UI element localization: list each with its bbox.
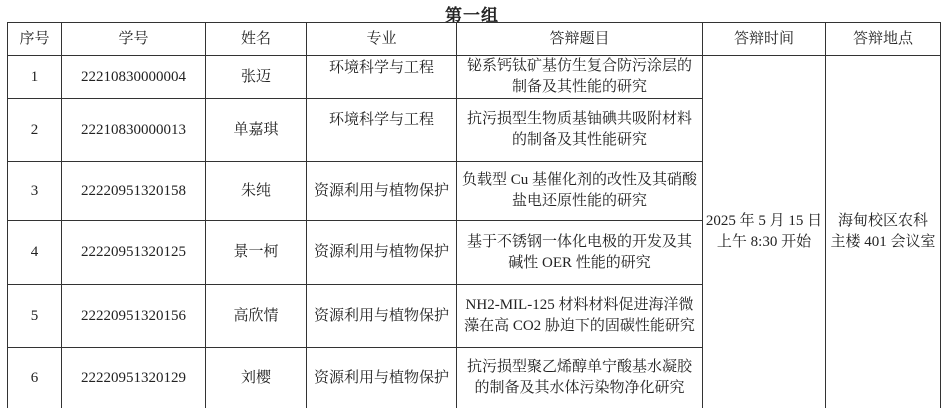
topic-line: 盐电还原性能的研究 (459, 191, 700, 212)
topic-line: 碱性 OER 性能的研究 (459, 253, 700, 274)
cell-major: 资源利用与植物保护 (307, 348, 457, 408)
cell-seq: 6 (8, 348, 62, 408)
defense-schedule-table: 序号 学号 姓名 专业 答辩题目 答辩时间 答辩地点 1 22210830000… (7, 22, 941, 408)
cell-major: 资源利用与植物保护 (307, 285, 457, 348)
cell-major: 环境科学与工程 (307, 99, 457, 162)
cell-major: 资源利用与植物保护 (307, 221, 457, 285)
topic-line: 藻在高 CO2 胁迫下的固碳性能研究 (459, 316, 700, 337)
topic-line: 铋系钙钛矿基仿生复合防污涂层的 (459, 56, 700, 77)
topic-line: NH2-MIL-125 材料材料促进海洋微 (459, 295, 700, 316)
header-defense-time: 答辩时间 (703, 23, 826, 56)
cell-defense-location: 海甸校区农科 主楼 401 会议室 (826, 56, 941, 408)
cell-name: 朱纯 (206, 162, 307, 221)
topic-line: 抗污损型聚乙烯醇单宁酸基水凝胶 (459, 357, 700, 378)
cell-seq: 5 (8, 285, 62, 348)
header-name: 姓名 (206, 23, 307, 56)
location-line: 主楼 401 会议室 (828, 232, 938, 253)
header-major: 专业 (307, 23, 457, 56)
time-line: 上午 8:30 开始 (705, 232, 823, 253)
cell-seq: 2 (8, 99, 62, 162)
topic-line: 负载型 Cu 基催化剂的改性及其硝酸 (459, 170, 700, 191)
cell-major: 资源利用与植物保护 (307, 162, 457, 221)
header-defense-location: 答辩地点 (826, 23, 941, 56)
cell-topic: 抗污损型聚乙烯醇单宁酸基水凝胶 的制备及其水体污染物净化研究 (457, 348, 703, 408)
cell-topic: 抗污损型生物质基铀碘共吸附材料 的制备及其性能研究 (457, 99, 703, 162)
cell-topic: 负载型 Cu 基催化剂的改性及其硝酸 盐电还原性能的研究 (457, 162, 703, 221)
cell-major: 环境科学与工程 (307, 56, 457, 99)
cell-topic: NH2-MIL-125 材料材料促进海洋微 藻在高 CO2 胁迫下的固碳性能研究 (457, 285, 703, 348)
cell-topic: 铋系钙钛矿基仿生复合防污涂层的 制备及其性能的研究 (457, 56, 703, 99)
time-line: 2025 年 5 月 15 日 (705, 211, 823, 232)
cell-name: 单嘉琪 (206, 99, 307, 162)
header-row: 序号 学号 姓名 专业 答辩题目 答辩时间 答辩地点 (8, 23, 941, 56)
cell-student-id: 22220951320125 (62, 221, 206, 285)
location-line: 海甸校区农科 (828, 211, 938, 232)
topic-line: 制备及其性能的研究 (459, 77, 700, 98)
cell-name: 景一柯 (206, 221, 307, 285)
table-row: 1 22210830000004 张迈 环境科学与工程 铋系钙钛矿基仿生复合防污… (8, 56, 941, 99)
cell-student-id: 22220951320156 (62, 285, 206, 348)
cell-seq: 4 (8, 221, 62, 285)
cell-student-id: 22220951320158 (62, 162, 206, 221)
topic-line: 抗污损型生物质基铀碘共吸附材料 (459, 109, 700, 130)
cell-student-id: 22210830000013 (62, 99, 206, 162)
cell-topic: 基于不锈钢一体化电极的开发及其 碱性 OER 性能的研究 (457, 221, 703, 285)
cell-seq: 1 (8, 56, 62, 99)
topic-line: 的制备及其性能研究 (459, 130, 700, 151)
cell-name: 张迈 (206, 56, 307, 99)
cell-name: 高欣情 (206, 285, 307, 348)
header-student-id: 学号 (62, 23, 206, 56)
cell-student-id: 22210830000004 (62, 56, 206, 99)
cell-seq: 3 (8, 162, 62, 221)
topic-line: 的制备及其水体污染物净化研究 (459, 378, 700, 399)
header-seq: 序号 (8, 23, 62, 56)
cell-name: 刘樱 (206, 348, 307, 408)
header-topic: 答辩题目 (457, 23, 703, 56)
cell-student-id: 22220951320129 (62, 348, 206, 408)
topic-line: 基于不锈钢一体化电极的开发及其 (459, 232, 700, 253)
cell-defense-time: 2025 年 5 月 15 日 上午 8:30 开始 (703, 56, 826, 408)
